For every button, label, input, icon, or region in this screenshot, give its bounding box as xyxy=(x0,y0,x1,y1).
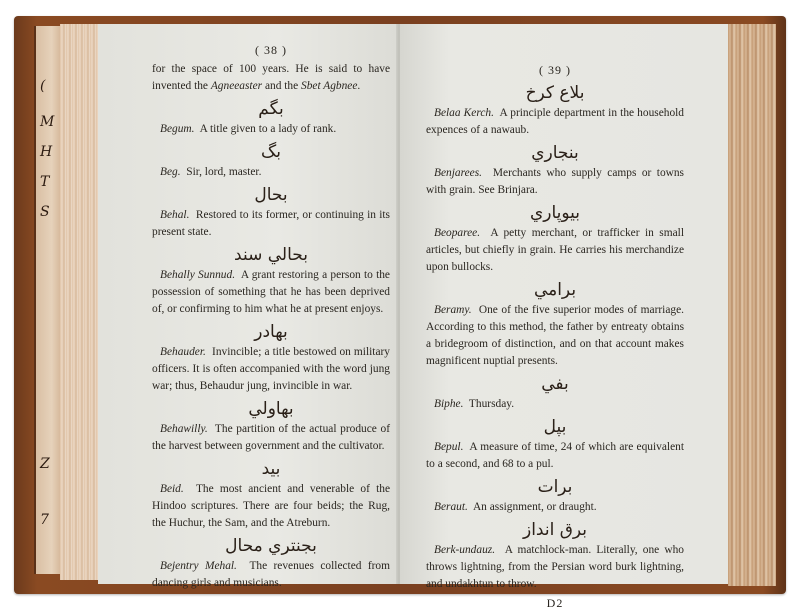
page-number: ( 39 ) xyxy=(426,62,684,79)
entry-term: Behally Sunnud. xyxy=(160,269,235,281)
text: and the xyxy=(262,80,301,92)
arabic-headword: برق انداز xyxy=(426,518,684,542)
entry-term: Berk-undauz. xyxy=(434,544,495,556)
entry-term: Belaa Kerch. xyxy=(434,107,494,119)
page-edges-right xyxy=(728,24,776,586)
entry-definition: The most ancient and venerable of the Hi… xyxy=(152,483,390,529)
spine-mark: H xyxy=(40,144,52,160)
spine-mark: S xyxy=(40,204,50,220)
spine-manuscript-label: ( M H T S Z 7 xyxy=(34,26,62,574)
glossary-entry: بيوپاري Beoparee. A petty merchant, or t… xyxy=(426,201,684,276)
arabic-headword: بجنتري محال xyxy=(152,534,390,558)
glossary-entry: بپل Bepul. A measure of time, 24 of whic… xyxy=(426,415,684,473)
italic-term: Sbet Agbnee xyxy=(301,80,357,92)
arabic-headword: برامي xyxy=(426,278,684,302)
arabic-headword: بيد xyxy=(152,457,390,481)
glossary-entry: بلاع كرخ Belaa Kerch. A principle depart… xyxy=(426,81,684,139)
entry-term: Behal. xyxy=(160,209,189,221)
glossary-entry: بحالي سند Behally Sunnud. A grant restor… xyxy=(152,243,390,318)
spine-mark: Z xyxy=(40,456,50,472)
entry-term: Bejentry Mehal. xyxy=(160,560,237,572)
entry-term: Beramy. xyxy=(434,304,472,316)
entry-definition: A title given to a lady of rank. xyxy=(200,123,337,135)
entry-definition: Sir, lord, master. xyxy=(186,166,261,178)
text: . xyxy=(357,80,360,92)
glossary-entry: برق انداز Berk-undauz. A matchlock-man. … xyxy=(426,518,684,593)
arabic-headword: برات xyxy=(426,475,684,499)
spine-mark: 7 xyxy=(40,512,49,528)
arabic-headword: بهاولي xyxy=(152,397,390,421)
entry-term: Behawilly. xyxy=(160,423,208,435)
left-page: ( 38 ) for the space of 100 years. He is… xyxy=(98,24,398,584)
glossary-entry: بهاولي Behawilly. The partition of the a… xyxy=(152,397,390,455)
arabic-headword: بگم xyxy=(152,97,390,121)
italic-term: Agneeaster xyxy=(211,80,262,92)
entry-definition: An assignment, or draught. xyxy=(473,501,597,513)
glossary-entry: بگ Beg. Sir, lord, master. xyxy=(152,140,390,181)
glossary-entry: برات Beraut. An assignment, or draught. xyxy=(426,475,684,516)
glossary-entry: بگم Begum. A title given to a lady of ra… xyxy=(152,97,390,138)
signature-mark: D2 xyxy=(426,595,684,612)
spine-mark: T xyxy=(40,174,49,190)
glossary-entry: بهادر Behauder. Invincible; a title best… xyxy=(152,320,390,395)
arabic-headword: بهادر xyxy=(152,320,390,344)
page-number: ( 38 ) xyxy=(152,42,390,59)
arabic-headword: بحالي سند xyxy=(152,243,390,267)
spine-mark: M xyxy=(40,114,54,130)
arabic-headword: بنجاري xyxy=(426,141,684,165)
entry-term: Begum. xyxy=(160,123,194,135)
entry-term: Beoparee. xyxy=(434,227,480,239)
entry-term: Benjarees. xyxy=(434,167,482,179)
entry-term: Biphe. xyxy=(434,398,463,410)
entry-term: Beraut. xyxy=(434,501,468,513)
entry-term: Bepul. xyxy=(434,441,463,453)
arabic-headword: بيوپاري xyxy=(426,201,684,225)
entry-term: Behauder. xyxy=(160,346,206,358)
entry-term: Beg. xyxy=(160,166,181,178)
glossary-entry: بفي Biphe. Thursday. xyxy=(426,372,684,413)
glossary-entry: بيد Beid. The most ancient and venerable… xyxy=(152,457,390,532)
arabic-headword: بپل xyxy=(426,415,684,439)
page-edges-left xyxy=(60,24,98,580)
glossary-entry: بجنتري محال Bejentry Mehal. The revenues… xyxy=(152,534,390,592)
entry-term: Beid. xyxy=(160,483,184,495)
glossary-entry: برامي Beramy. One of the five superior m… xyxy=(426,278,684,370)
arabic-headword: بفي xyxy=(426,372,684,396)
arabic-headword: بحال xyxy=(152,183,390,207)
spine-mark: ( xyxy=(40,78,45,94)
arabic-headword: بگ xyxy=(152,140,390,164)
right-page: ( 39 ) بلاع كرخ Belaa Kerch. A principle… xyxy=(400,24,728,584)
arabic-headword: بلاع كرخ xyxy=(426,81,684,105)
entry-definition: A measure of time, 24 of which are equiv… xyxy=(426,441,684,470)
continuation-paragraph: for the space of 100 years. He is said t… xyxy=(152,61,390,95)
glossary-entry: بنجاري Benjarees. Merchants who supply c… xyxy=(426,141,684,199)
glossary-entry: بحال Behal. Restored to its former, or c… xyxy=(152,183,390,241)
entry-definition: Thursday. xyxy=(469,398,514,410)
